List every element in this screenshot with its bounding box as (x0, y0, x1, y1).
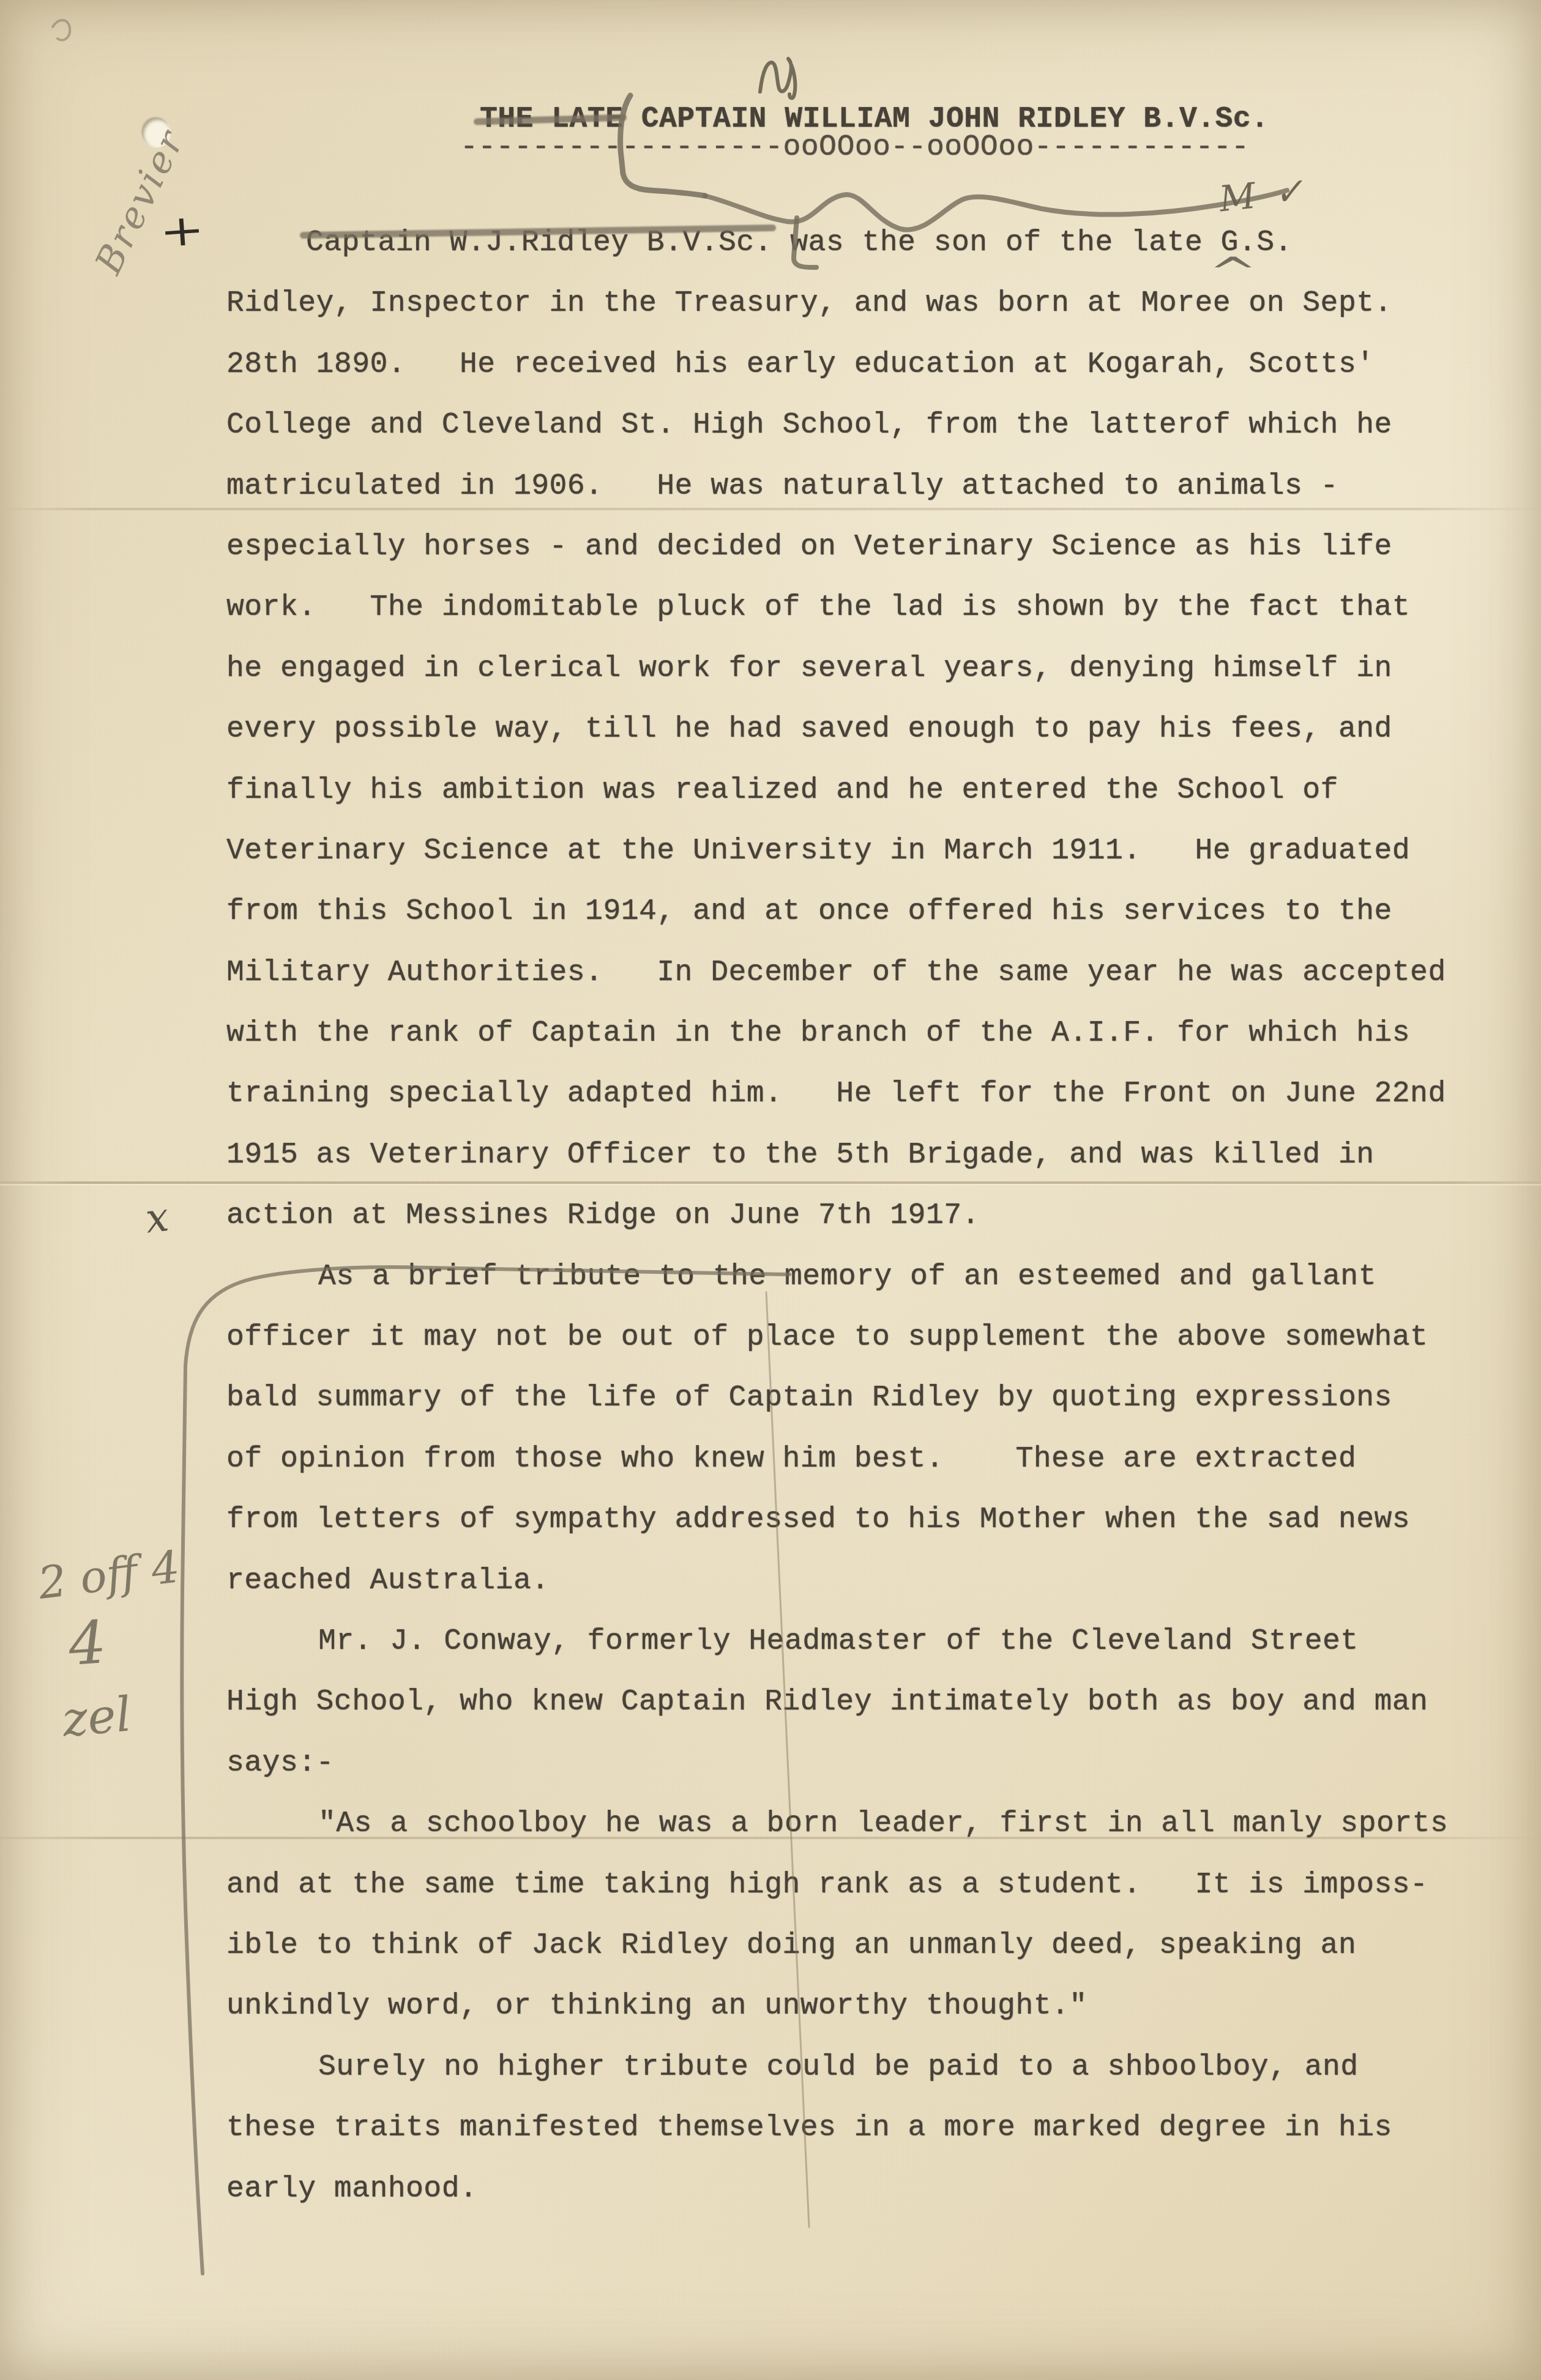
typed-text: with the rank of Captain in the branch o… (226, 1017, 1410, 1050)
typed-line: early manhood. (226, 2159, 1448, 2220)
typed-text: from letters of sympathy addressed to hi… (226, 1503, 1410, 1536)
typed-text: these traits manifested themselves in a … (226, 2111, 1392, 2144)
typed-line: these traits manifested themselves in a … (226, 2098, 1448, 2159)
typed-line: finally his ambition was realized and he… (226, 760, 1448, 821)
insertion-caret-mark: ^ (1209, 250, 1258, 295)
typed-text: every possible way, till he had saved en… (226, 713, 1392, 746)
typed-line: training specially adapted him. He left … (226, 1064, 1448, 1125)
typed-line: work. The indomitable pluck of the lad i… (226, 578, 1448, 638)
corner-pencil-squiggle (53, 20, 70, 40)
typed-line: As a brief tribute to the memory of an e… (226, 1247, 1448, 1307)
typed-text: Surely no higher tribute could be paid t… (318, 2051, 1359, 2084)
document-page: THE LATE CAPTAIN WILLIAM JOHN RIDLEY B.V… (0, 0, 1541, 2380)
typed-line: Surely no higher tribute could be paid t… (226, 2037, 1448, 2098)
typed-line: Mr. J. Conway, formerly Headmaster of th… (226, 1612, 1448, 1672)
typed-line: says:- (226, 1733, 1448, 1794)
typed-line: Veterinary Science at the University in … (226, 821, 1448, 882)
typed-line: officer it may not be out of place to su… (226, 1307, 1448, 1368)
typed-line: 1915 as Veterinary Officer to the 5th Br… (226, 1125, 1448, 1186)
typed-text: work. The indomitable pluck of the lad i… (226, 591, 1410, 624)
typed-text: High School, who knew Captain Ridley int… (226, 1686, 1428, 1719)
typed-text: "As a schoolboy he was a born leader, fi… (318, 1807, 1448, 1840)
struck-typed-text: Captain W.J.Ridley B.V.Sc. (306, 213, 772, 273)
typed-line: action at Messines Ridge on June 7th 191… (226, 1186, 1448, 1246)
margin-note-1: 2 off 4 (35, 1541, 182, 1609)
typed-text: 1915 as Veterinary Officer to the 5th Br… (226, 1139, 1375, 1172)
typed-line: "As a schoolboy he was a born leader, fi… (226, 1794, 1448, 1854)
handwritten-squiggle-above-title (760, 59, 795, 98)
title-ornamental-rule: ------------------ooOOoo--ooOOoo--------… (460, 131, 1249, 164)
handwritten-check-note: M ✓ (1217, 169, 1310, 220)
typed-text: 28th 1890. He received his early educati… (226, 348, 1375, 381)
typed-line: ible to think of Jack Ridley doing an un… (226, 1916, 1448, 1976)
typed-line: he engaged in clerical work for several … (226, 639, 1448, 699)
x-mark: x (143, 1193, 171, 1242)
typed-text: training specially adapted him. He left … (226, 1077, 1446, 1110)
typed-text: Veterinary Science at the University in … (226, 835, 1410, 868)
typed-line: especially horses - and decided on Veter… (226, 517, 1448, 578)
typed-line: High School, who knew Captain Ridley int… (226, 1672, 1448, 1733)
typed-text: he engaged in clerical work for several … (226, 652, 1392, 685)
typed-text: action at Messines Ridge on June 7th 191… (226, 1199, 980, 1232)
typed-text: reached Australia. (226, 1564, 549, 1597)
typed-text: and at the same time taking high rank as… (226, 1869, 1428, 1902)
typed-line: Ridley, Inspector in the Treasury, and w… (226, 273, 1448, 334)
typed-line: reached Australia. (226, 1551, 1448, 1612)
typed-text: says:- (226, 1747, 334, 1780)
typed-text: finally his ambition was realized and he… (226, 774, 1338, 807)
typed-text: from this School in 1914, and at once of… (226, 895, 1392, 928)
typed-text: Military Authorities. In December of the… (226, 956, 1446, 989)
typed-text: bald summary of the life of Captain Ridl… (226, 1382, 1392, 1415)
typed-line: matriculated in 1906. He was naturally a… (226, 456, 1448, 517)
typed-line: College and Cleveland St. High School, f… (226, 395, 1448, 456)
typed-line: with the rank of Captain in the branch o… (226, 1003, 1448, 1064)
typed-line: from letters of sympathy addressed to hi… (226, 1490, 1448, 1550)
typed-text: Mr. J. Conway, formerly Headmaster of th… (318, 1625, 1359, 1658)
margin-note-2: 4 (66, 1608, 108, 1679)
typed-text: early manhood. (226, 2173, 477, 2206)
typed-line: bald summary of the life of Captain Ridl… (226, 1368, 1448, 1429)
typed-line: Captain W.J.Ridley B.V.Sc. was the son o… (226, 213, 1448, 273)
typed-text: matriculated in 1906. He was naturally a… (226, 470, 1338, 503)
typed-line: unkindly word, or thinking an unworthy t… (226, 1976, 1448, 2037)
margin-note-3: zel (60, 1687, 133, 1747)
typed-text: especially horses - and decided on Veter… (226, 530, 1392, 563)
typed-line: every possible way, till he had saved en… (226, 699, 1448, 760)
typed-text: College and Cleveland St. High School, f… (226, 409, 1392, 442)
typed-text: As a brief tribute to the memory of an e… (318, 1260, 1376, 1293)
plus-mark: + (158, 204, 206, 258)
typed-line: and at the same time taking high rank as… (226, 1855, 1448, 1916)
typed-line: 28th 1890. He received his early educati… (226, 335, 1448, 395)
typed-line: Military Authorities. In December of the… (226, 943, 1448, 1003)
document-body: Captain W.J.Ridley B.V.Sc. was the son o… (226, 213, 1448, 2220)
typed-line: from this School in 1914, and at once of… (226, 882, 1448, 942)
typed-text: of opinion from those who knew him best.… (226, 1443, 1356, 1476)
scanned-document-screenshot: { "paper": { "background_color": "#e9dec… (0, 0, 1541, 2380)
typed-text: unkindly word, or thinking an unworthy t… (226, 1990, 1088, 2023)
typed-text: ible to think of Jack Ridley doing an un… (226, 1929, 1356, 1962)
handwritten-brevier-note: Brevier (87, 122, 193, 281)
typed-line: of opinion from those who knew him best.… (226, 1429, 1448, 1490)
typed-text: officer it may not be out of place to su… (226, 1321, 1428, 1354)
